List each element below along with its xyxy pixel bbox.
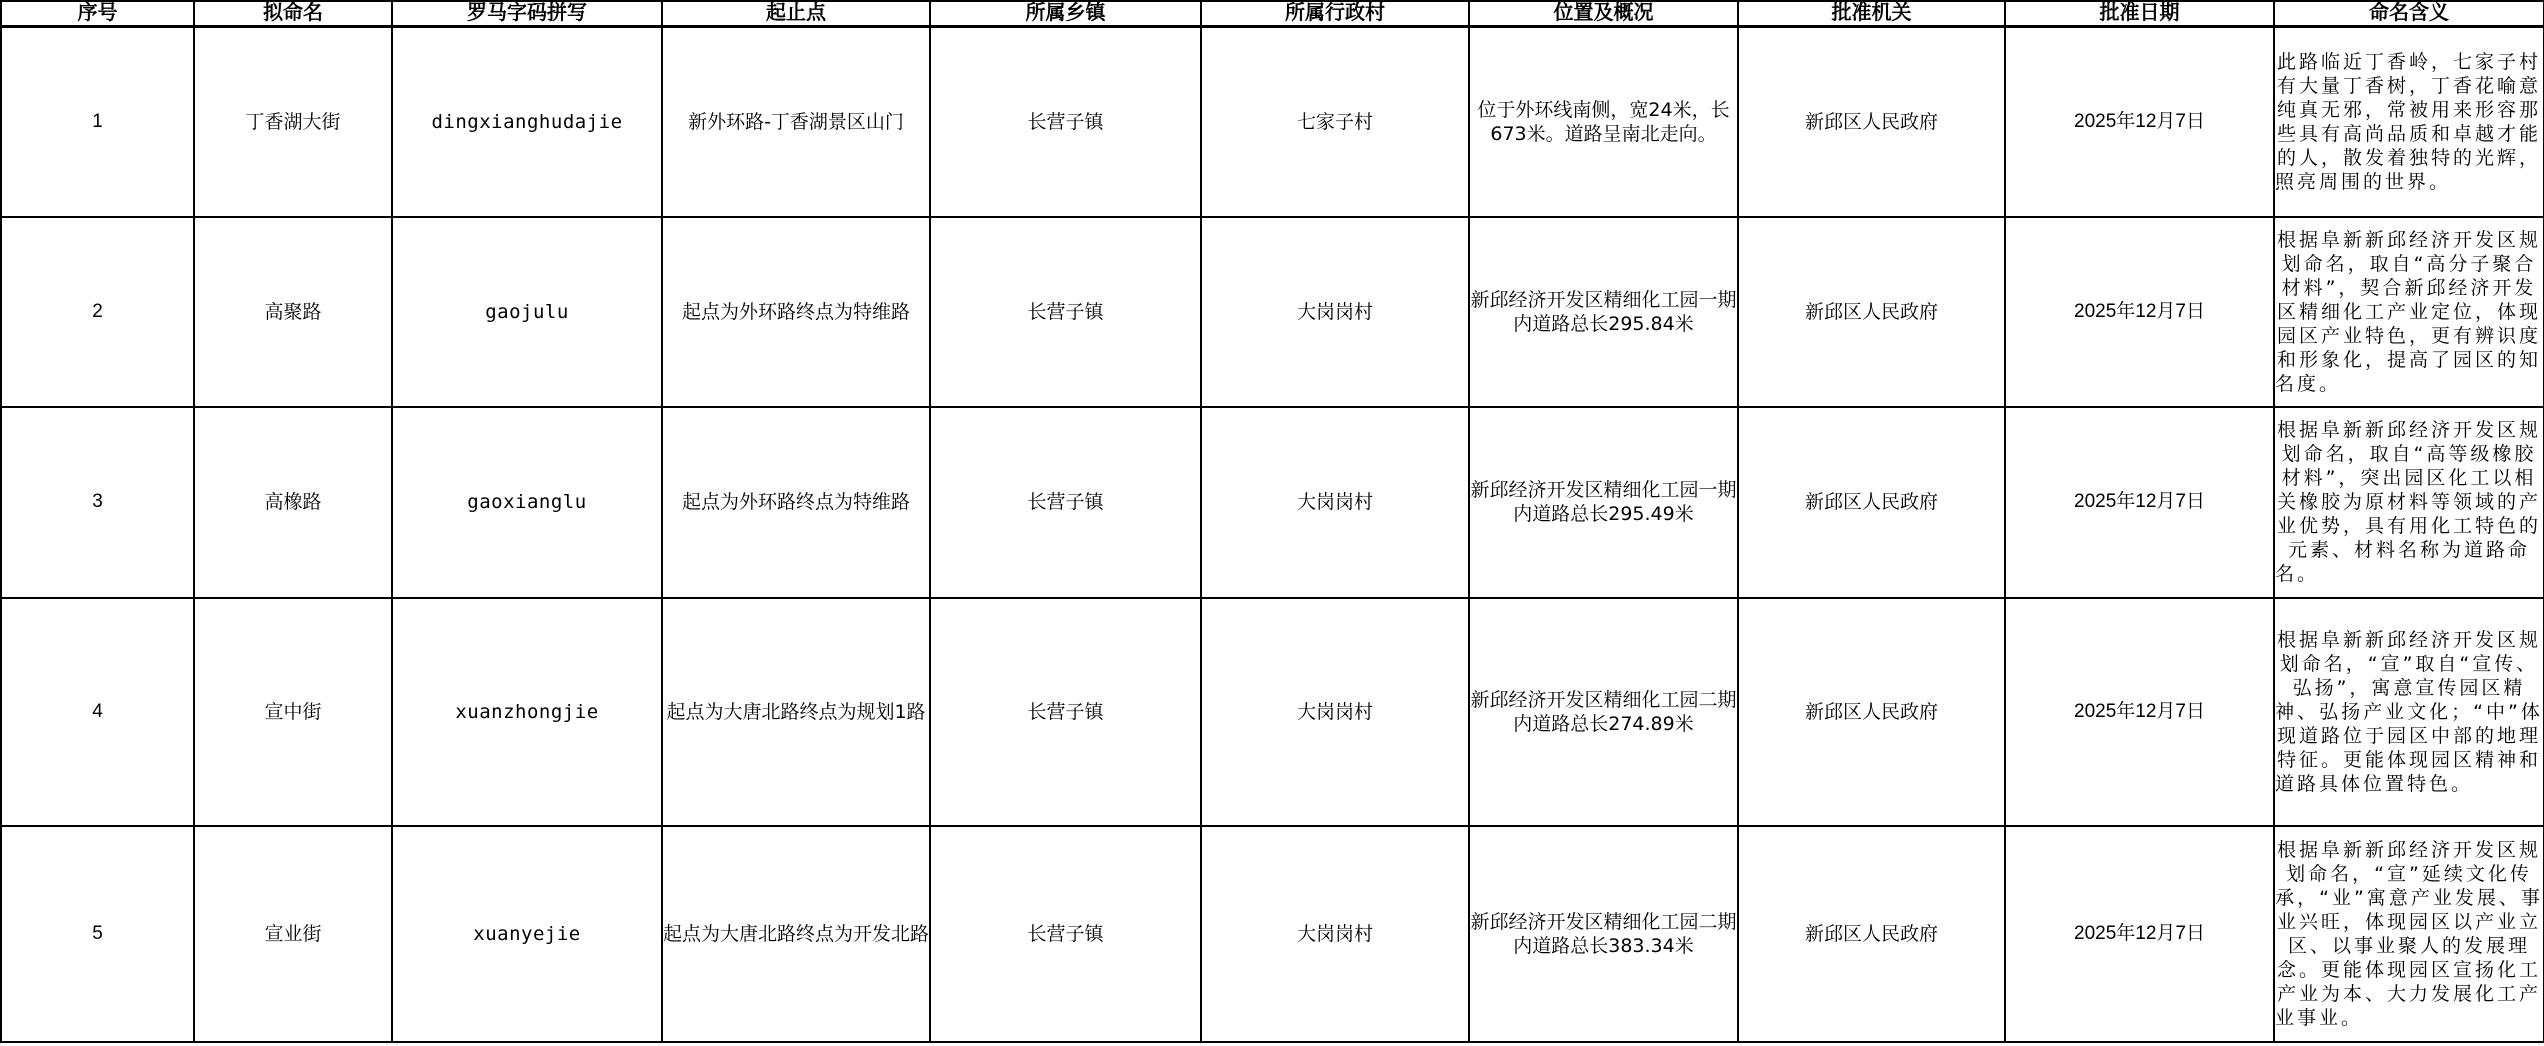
cell-meaning: 根据阜新新邱经济开发区规划命名，取自“高分子聚合材料”，契合新邱经济开发区精细化… <box>2274 217 2544 407</box>
cell-span: 起点为外环路终点为特维路 <box>662 217 930 407</box>
header-authority: 批准机关 <box>1738 1 2005 27</box>
cell-roman: xuanyejie <box>392 826 662 1042</box>
header-roman: 罗马字码拼写 <box>392 1 662 27</box>
cell-seq: 4 <box>1 598 194 826</box>
cell-location: 新邱经济开发区精细化工园二期内道路总长274.89米 <box>1469 598 1738 826</box>
cell-name: 高橡路 <box>194 407 392 598</box>
header-village: 所属行政村 <box>1201 1 1469 27</box>
cell-date: 2025年12月7日 <box>2005 27 2274 217</box>
cell-span: 起点为外环路终点为特维路 <box>662 407 930 598</box>
cell-date: 2025年12月7日 <box>2005 826 2274 1042</box>
cell-town: 长营子镇 <box>930 598 1201 826</box>
table-row: 4 宣中街 xuanzhongjie 起点为大唐北路终点为规划1路 长营子镇 大… <box>1 598 2544 826</box>
cell-date: 2025年12月7日 <box>2005 598 2274 826</box>
header-name: 拟命名 <box>194 1 392 27</box>
header-meaning: 命名含义 <box>2274 1 2544 27</box>
cell-town: 长营子镇 <box>930 407 1201 598</box>
cell-authority: 新邱区人民政府 <box>1738 826 2005 1042</box>
cell-roman: gaoxianglu <box>392 407 662 598</box>
table-row: 1 丁香湖大街 dingxianghudajie 新外环路-丁香湖景区山门 长营… <box>1 27 2544 217</box>
header-location: 位置及概况 <box>1469 1 1738 27</box>
cell-town: 长营子镇 <box>930 826 1201 1042</box>
cell-seq: 3 <box>1 407 194 598</box>
header-date: 批准日期 <box>2005 1 2274 27</box>
cell-authority: 新邱区人民政府 <box>1738 27 2005 217</box>
cell-seq: 2 <box>1 217 194 407</box>
cell-name: 高聚路 <box>194 217 392 407</box>
cell-seq: 1 <box>1 27 194 217</box>
cell-roman: xuanzhongjie <box>392 598 662 826</box>
cell-meaning: 根据阜新新邱经济开发区规划命名，取自“高等级橡胶材料”，突出园区化工以相关橡胶为… <box>2274 407 2544 598</box>
cell-name: 宣业街 <box>194 826 392 1042</box>
table-row: 2 高聚路 gaojulu 起点为外环路终点为特维路 长营子镇 大岗岗村 新邱经… <box>1 217 2544 407</box>
header-span: 起止点 <box>662 1 930 27</box>
cell-village: 七家子村 <box>1201 27 1469 217</box>
cell-village: 大岗岗村 <box>1201 217 1469 407</box>
cell-location: 新邱经济开发区精细化工园一期内道路总长295.84米 <box>1469 217 1738 407</box>
cell-town: 长营子镇 <box>930 27 1201 217</box>
cell-seq: 5 <box>1 826 194 1042</box>
cell-village: 大岗岗村 <box>1201 407 1469 598</box>
cell-roman: gaojulu <box>392 217 662 407</box>
cell-meaning: 根据阜新新邱经济开发区规划命名，“宣”延续文化传承，“业”寓意产业发展、事业兴旺… <box>2274 826 2544 1042</box>
cell-date: 2025年12月7日 <box>2005 407 2274 598</box>
cell-span: 起点为大唐北路终点为规划1路 <box>662 598 930 826</box>
cell-meaning: 此路临近丁香岭，七家子村有大量丁香树，丁香花喻意纯真无邪，常被用来形容那些具有高… <box>2274 27 2544 217</box>
header-seq: 序号 <box>1 1 194 27</box>
cell-town: 长营子镇 <box>930 217 1201 407</box>
cell-authority: 新邱区人民政府 <box>1738 217 2005 407</box>
cell-roman: dingxianghudajie <box>392 27 662 217</box>
cell-village: 大岗岗村 <box>1201 598 1469 826</box>
cell-span: 起点为大唐北路终点为开发北路 <box>662 826 930 1042</box>
cell-name: 丁香湖大街 <box>194 27 392 217</box>
cell-name: 宣中街 <box>194 598 392 826</box>
cell-date: 2025年12月7日 <box>2005 217 2274 407</box>
cell-authority: 新邱区人民政府 <box>1738 407 2005 598</box>
table-row: 5 宣业街 xuanyejie 起点为大唐北路终点为开发北路 长营子镇 大岗岗村… <box>1 826 2544 1042</box>
cell-village: 大岗岗村 <box>1201 826 1469 1042</box>
header-town: 所属乡镇 <box>930 1 1201 27</box>
cell-location: 新邱经济开发区精细化工园一期内道路总长295.49米 <box>1469 407 1738 598</box>
header-row: 序号 拟命名 罗马字码拼写 起止点 所属乡镇 所属行政村 位置及概况 批准机关 … <box>1 1 2544 27</box>
cell-authority: 新邱区人民政府 <box>1738 598 2005 826</box>
cell-location: 新邱经济开发区精细化工园二期内道路总长383.34米 <box>1469 826 1738 1042</box>
cell-meaning: 根据阜新新邱经济开发区规划命名，“宣”取自“宣传、弘扬”，寓意宣传园区精神、弘扬… <box>2274 598 2544 826</box>
cell-span: 新外环路-丁香湖景区山门 <box>662 27 930 217</box>
road-naming-table: 序号 拟命名 罗马字码拼写 起止点 所属乡镇 所属行政村 位置及概况 批准机关 … <box>0 0 2544 1043</box>
cell-location: 位于外环线南侧，宽24米，长673米。道路呈南北走向。 <box>1469 27 1738 217</box>
table-row: 3 高橡路 gaoxianglu 起点为外环路终点为特维路 长营子镇 大岗岗村 … <box>1 407 2544 598</box>
